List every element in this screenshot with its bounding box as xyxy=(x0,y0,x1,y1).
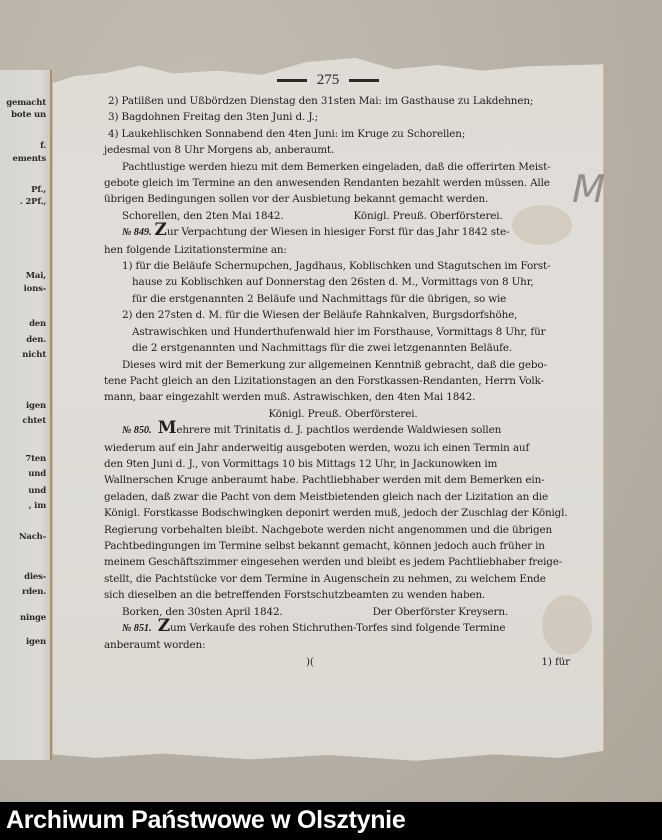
text-line: für die erstgenannten 2 Beläufe und Nach… xyxy=(108,291,578,307)
notice-851-header: № 851. Zum Verkaufe des rohen Stichruthe… xyxy=(108,620,578,637)
notice-number: № 851. xyxy=(122,623,151,634)
left-fragment: chtet xyxy=(22,416,46,426)
page-number: 275 xyxy=(52,72,604,89)
text-line: Dieses wird mit der Bemerkung zur allgem… xyxy=(108,357,578,373)
text-run: ur Verpachtung der Wiesen in hiesiger Fo… xyxy=(167,226,510,238)
text-line: 1) für die Beläufe Schernupchen, Jagdhau… xyxy=(108,258,578,274)
issuer: Der Oberförster Kreysern. xyxy=(373,604,508,620)
issuer: Königl. Preuß. Oberförsterei. xyxy=(354,208,503,224)
left-fragment: Nach- xyxy=(19,532,46,542)
text-line: hause zu Koblischken auf Donnerstag den … xyxy=(108,274,578,290)
text-run: ehrere mit Trinitatis d. J. pachtlos wer… xyxy=(176,424,501,436)
text-line: 2) den 27sten d. M. für die Wiesen der B… xyxy=(108,307,578,323)
left-fragment: Pf., xyxy=(31,185,46,195)
left-fragment: f. xyxy=(40,141,46,151)
text-line: den 9ten Juni d. J., von Vormittags 10 b… xyxy=(104,456,578,472)
left-fragment: rden. xyxy=(22,587,46,597)
text-line: sich dieselben an die betreffenden Forst… xyxy=(104,587,578,603)
left-page-edge: gemacht bote un f. ements Pf., . 2Pf., M… xyxy=(0,70,52,760)
text-line: Pachtlustige werden hiezu mit dem Bemerk… xyxy=(108,159,578,175)
left-fragment: bote un xyxy=(11,110,46,120)
left-fragment: gemacht xyxy=(6,98,46,108)
text-line: Regierung vorbehalten bleibt. Nachgebote… xyxy=(104,522,578,538)
left-fragment: ninge xyxy=(20,613,46,623)
rule-dash xyxy=(277,79,307,82)
text-line: Astrawischken und Hunderthufenwald hier … xyxy=(108,324,578,340)
text-line: übrigen Bedingungen sollen vor der Ausbi… xyxy=(104,191,578,207)
text-line: Pachtbedingungen im Termine selbst bekan… xyxy=(104,538,578,554)
document-text: 2) Patilßen und Ußbördzen Dienstag den 3… xyxy=(108,93,578,670)
text-line: mann, baar eingezahlt werden muß. Astraw… xyxy=(104,389,578,405)
left-fragment: 7ten xyxy=(25,454,46,464)
left-fragment: igen xyxy=(26,401,46,411)
catchword: 1) für xyxy=(541,654,570,670)
signature-line: Schorellen, den 2ten Mai 1842.Königl. Pr… xyxy=(108,208,578,224)
signature-line: Borken, den 30sten April 1842.Der Oberfö… xyxy=(108,604,578,620)
text-line: jedesmal von 8 Uhr Morgens ab, anberaumt… xyxy=(104,142,578,158)
notice-number: № 850. xyxy=(122,425,151,436)
initial-capital: Z xyxy=(158,616,170,636)
text-line: geladen, daß zwar die Pacht von dem Meis… xyxy=(104,489,578,505)
text-line: tene Pacht gleich an den Lizitationstage… xyxy=(104,373,578,389)
place-date: Borken, den 30sten April 1842. xyxy=(122,606,283,618)
left-fragment: nicht xyxy=(22,350,46,360)
signature-mark: )( xyxy=(306,654,314,670)
left-fragment: den xyxy=(29,319,46,329)
notice-number: № 849. xyxy=(122,227,151,238)
text-line: die 2 erstgenannten und Nachmittags für … xyxy=(108,340,578,356)
rule-dash xyxy=(349,79,379,82)
text-line: meinem Geschäftszimmer eingesehen werden… xyxy=(104,554,578,570)
issuer: Königl. Preuß. Oberförsterei. xyxy=(108,406,578,422)
text-line: Königl. Forstkasse Bodschwingken deponir… xyxy=(104,505,578,521)
archive-name: Archiwum Państwowe w Olsztynie xyxy=(6,806,405,835)
left-fragment: igen xyxy=(26,637,46,647)
left-fragment: . 2Pf., xyxy=(20,197,46,207)
notice-850-header: № 850. Mehrere mit Trinitatis d. J. pach… xyxy=(108,422,578,439)
document-page: 275 M 2) Patilßen und Ußbördzen Dienstag… xyxy=(52,55,604,765)
left-fragment: den. xyxy=(26,335,46,345)
text-line: 2) Patilßen und Ußbördzen Dienstag den 3… xyxy=(108,93,578,109)
left-fragment: ements xyxy=(12,154,46,164)
text-line: Wallnerschen Kruge anberaumt habe. Pacht… xyxy=(104,472,578,488)
catchword-line: )( 1) für xyxy=(108,654,578,670)
place-date: Schorellen, den 2ten Mai 1842. xyxy=(122,210,284,222)
left-fragment: , im xyxy=(29,501,46,511)
text-line: 3) Bagdohnen Freitag den 3ten Juni d. J.… xyxy=(108,109,578,125)
text-line: hen folgende Lizitationstermine an: xyxy=(104,242,578,258)
initial-capital: Z xyxy=(155,220,167,240)
left-fragment: ions- xyxy=(24,284,46,294)
left-fragment: Mai, xyxy=(26,271,46,281)
text-run: um Verkaufe des rohen Stichruthen-Torfes… xyxy=(170,622,505,634)
text-line: gebote gleich im Termine an den anwesend… xyxy=(104,175,578,191)
text-line: anberaumt worden: xyxy=(104,637,578,653)
text-line: 4) Laukehlischken Sonnabend den 4ten Jun… xyxy=(108,126,578,142)
initial-capital: M xyxy=(158,418,177,438)
notice-849-header: № 849. Zur Verpachtung der Wiesen in hie… xyxy=(108,224,578,241)
left-fragment: und xyxy=(28,469,46,479)
left-fragment: dies- xyxy=(24,572,46,582)
archive-footer: Archiwum Państwowe w Olsztynie xyxy=(0,802,662,840)
text-line: wiederum auf ein Jahr anderweitig ausgeb… xyxy=(104,440,578,456)
text-line: stellt, die Pachtstücke vor dem Termine … xyxy=(104,571,578,587)
left-fragment: und xyxy=(28,486,46,496)
